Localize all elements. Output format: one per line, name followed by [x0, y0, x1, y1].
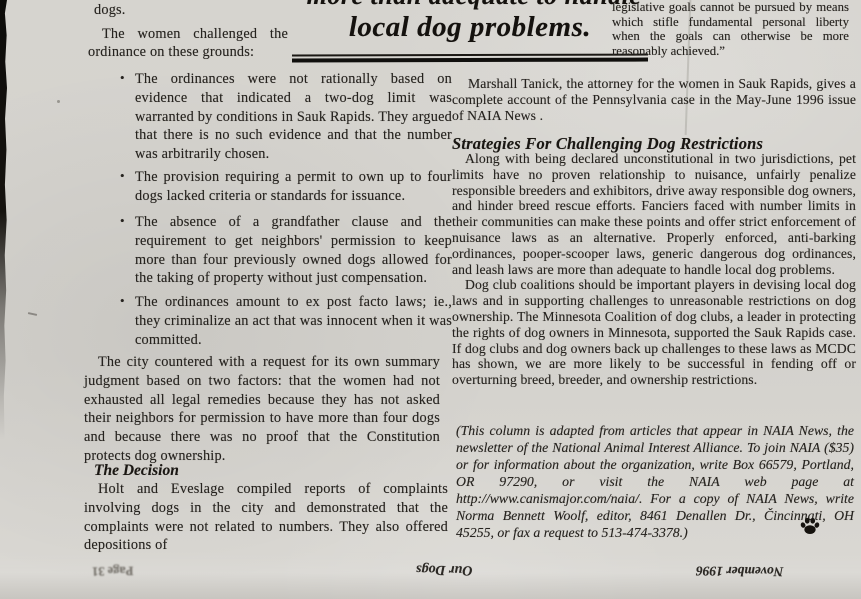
- bullet-item: • The absence of a grandfather clause an…: [120, 213, 452, 288]
- bullet-text: The ordinances were not rationally based…: [135, 70, 452, 164]
- bullet-dot: •: [120, 69, 125, 88]
- scan-edge-strip: [0, 0, 7, 440]
- bullet-item: • The ordinances amount to ex post facto…: [120, 293, 452, 349]
- pull-quote-line1: more than adequate to handle: [298, 0, 650, 11]
- footer-issue-date: November 1996: [696, 563, 783, 580]
- scan-speck: [57, 100, 60, 103]
- paragraph-fragment: dogs.: [94, 1, 126, 20]
- pull-quote-rule-thin: [292, 54, 648, 57]
- bullet-dot: •: [120, 212, 125, 231]
- court-quote-continuation: legislative goals cannot be pursued by m…: [612, 0, 849, 59]
- decision-paragraph: Holt and Eveslage compiled reports of co…: [84, 480, 448, 555]
- attorney-paragraph: Marshall Tanick, the attorney for the wo…: [452, 76, 856, 123]
- scan-speck: [28, 312, 37, 316]
- decision-heading: The Decision: [94, 462, 179, 480]
- credit-paragraph: (This column is adapted from articles th…: [456, 422, 854, 541]
- bullet-text: The provision requiring a permit to own …: [135, 168, 452, 206]
- bullet-item: • The ordinances were not rationally bas…: [120, 70, 452, 164]
- strategies-section: Along with being declared unconstitution…: [452, 151, 856, 388]
- pull-quote-line2: local dog problems.: [292, 11, 648, 44]
- bullet-text: The ordinances amount to ex post facto l…: [135, 293, 452, 349]
- bullet-dot: •: [120, 167, 125, 186]
- scanned-magazine-page: more than adequate to handle local dog p…: [0, 0, 861, 599]
- paw-print-icon: [799, 516, 821, 541]
- bullet-text: The absence of a grandfather clause and …: [135, 213, 452, 288]
- pull-quote-rule-thick: [292, 58, 648, 63]
- strategies-paragraph-2: Dog club coalitions should be important …: [452, 277, 856, 388]
- intro-paragraph: The women challenged the ordinance on th…: [88, 26, 288, 61]
- footer-page-number: Page 31: [92, 563, 134, 579]
- footer-publication-title: Our Dogs: [416, 561, 473, 578]
- strategies-paragraph-1: Along with being declared unconstitution…: [452, 151, 856, 277]
- bullet-item: • The provision requiring a permit to ow…: [120, 168, 452, 206]
- city-response-paragraph: The city countered with a request for it…: [84, 353, 440, 466]
- bullet-dot: •: [120, 292, 125, 311]
